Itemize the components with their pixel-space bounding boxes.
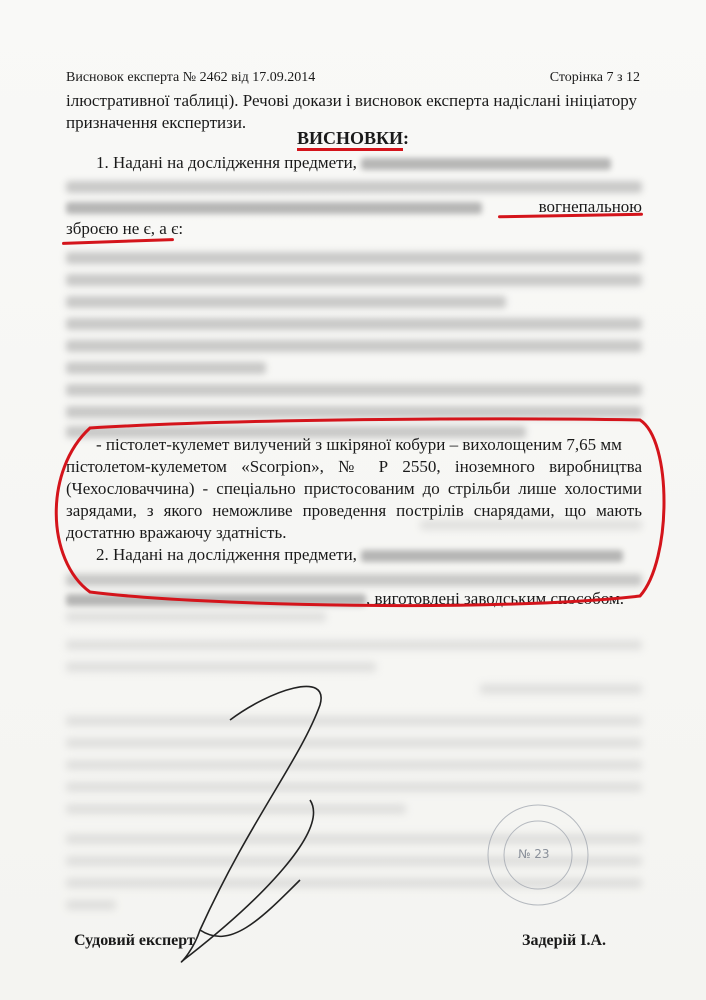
- redacted-text: [361, 550, 623, 562]
- stamp-icon: [488, 805, 588, 905]
- section-title: ВИСНОВКИ:: [0, 128, 706, 149]
- circled-line: (Чехословаччина) - спеціально пристосова…: [66, 478, 642, 500]
- faint-text: [480, 684, 642, 694]
- item2-line3: , виготовлені заводським способом.: [66, 588, 642, 610]
- conclusion-item-2: 2. Надані на дослідження предмети,: [66, 544, 642, 566]
- faint-text: [66, 716, 642, 726]
- faint-text: [66, 738, 642, 748]
- section-title-text: ВИСНОВКИ: [297, 128, 403, 151]
- circled-line: зарядами, з якого неможливе проведення п…: [66, 500, 642, 522]
- faint-text: [66, 760, 642, 770]
- page-number: Сторінка 7 з 12: [550, 70, 640, 86]
- faint-text: [66, 804, 406, 814]
- faint-text: [66, 856, 642, 866]
- signature-row: Судовий експерт Задерій І.А.: [74, 932, 606, 950]
- faint-text: [66, 900, 116, 910]
- signer-role: Судовий експерт: [74, 932, 195, 950]
- redacted-line: [66, 252, 642, 264]
- circled-line: пістолетом-кулеметом «Scorpion», № Р 255…: [66, 456, 642, 478]
- item2-start: 2. Надані на дослідження предмети,: [96, 545, 357, 564]
- item2-end: , виготовлені заводським способом.: [366, 589, 624, 608]
- signer-name: Задерій І.А.: [522, 932, 606, 950]
- redacted-line: [66, 340, 642, 352]
- underlined-phrase-b: зброєю не є, а є:: [66, 219, 183, 238]
- redacted-line: [66, 406, 642, 418]
- intro-line: ілюстративної таблиці). Речові докази і …: [66, 90, 642, 112]
- faint-text: [66, 878, 642, 888]
- circled-line: - пістолет-кулемет вилучений з шкіряної …: [66, 434, 642, 456]
- redacted-text: [361, 158, 611, 170]
- conclusion-item-1: 1. Надані на дослідження предмети,: [66, 152, 642, 174]
- faint-text: [66, 782, 642, 792]
- redacted-text: [66, 202, 482, 214]
- signature-icon: [181, 686, 321, 961]
- redacted-text: [66, 594, 366, 606]
- redacted-line: [66, 274, 642, 286]
- item1-line4: зброєю не є, а є:: [66, 218, 642, 240]
- faint-text: [66, 640, 642, 650]
- item1-start: 1. Надані на дослідження предмети,: [96, 153, 357, 172]
- faint-text: [420, 520, 642, 530]
- redacted-line: [66, 362, 266, 374]
- redacted-line: [66, 384, 642, 396]
- report-number: Висновок експерта № 2462 від 17.09.2014: [66, 70, 315, 86]
- redacted-line: [66, 296, 506, 308]
- faint-text: [66, 612, 326, 622]
- faint-text: [66, 662, 376, 672]
- document-page: Висновок експерта № 2462 від 17.09.2014 …: [0, 0, 706, 1000]
- faint-text: [66, 834, 642, 844]
- redacted-line: [66, 318, 642, 330]
- redacted-line: [66, 574, 642, 586]
- redacted-line: [66, 181, 642, 193]
- page-header: Висновок експерта № 2462 від 17.09.2014 …: [66, 70, 640, 86]
- section-title-colon: :: [403, 128, 409, 148]
